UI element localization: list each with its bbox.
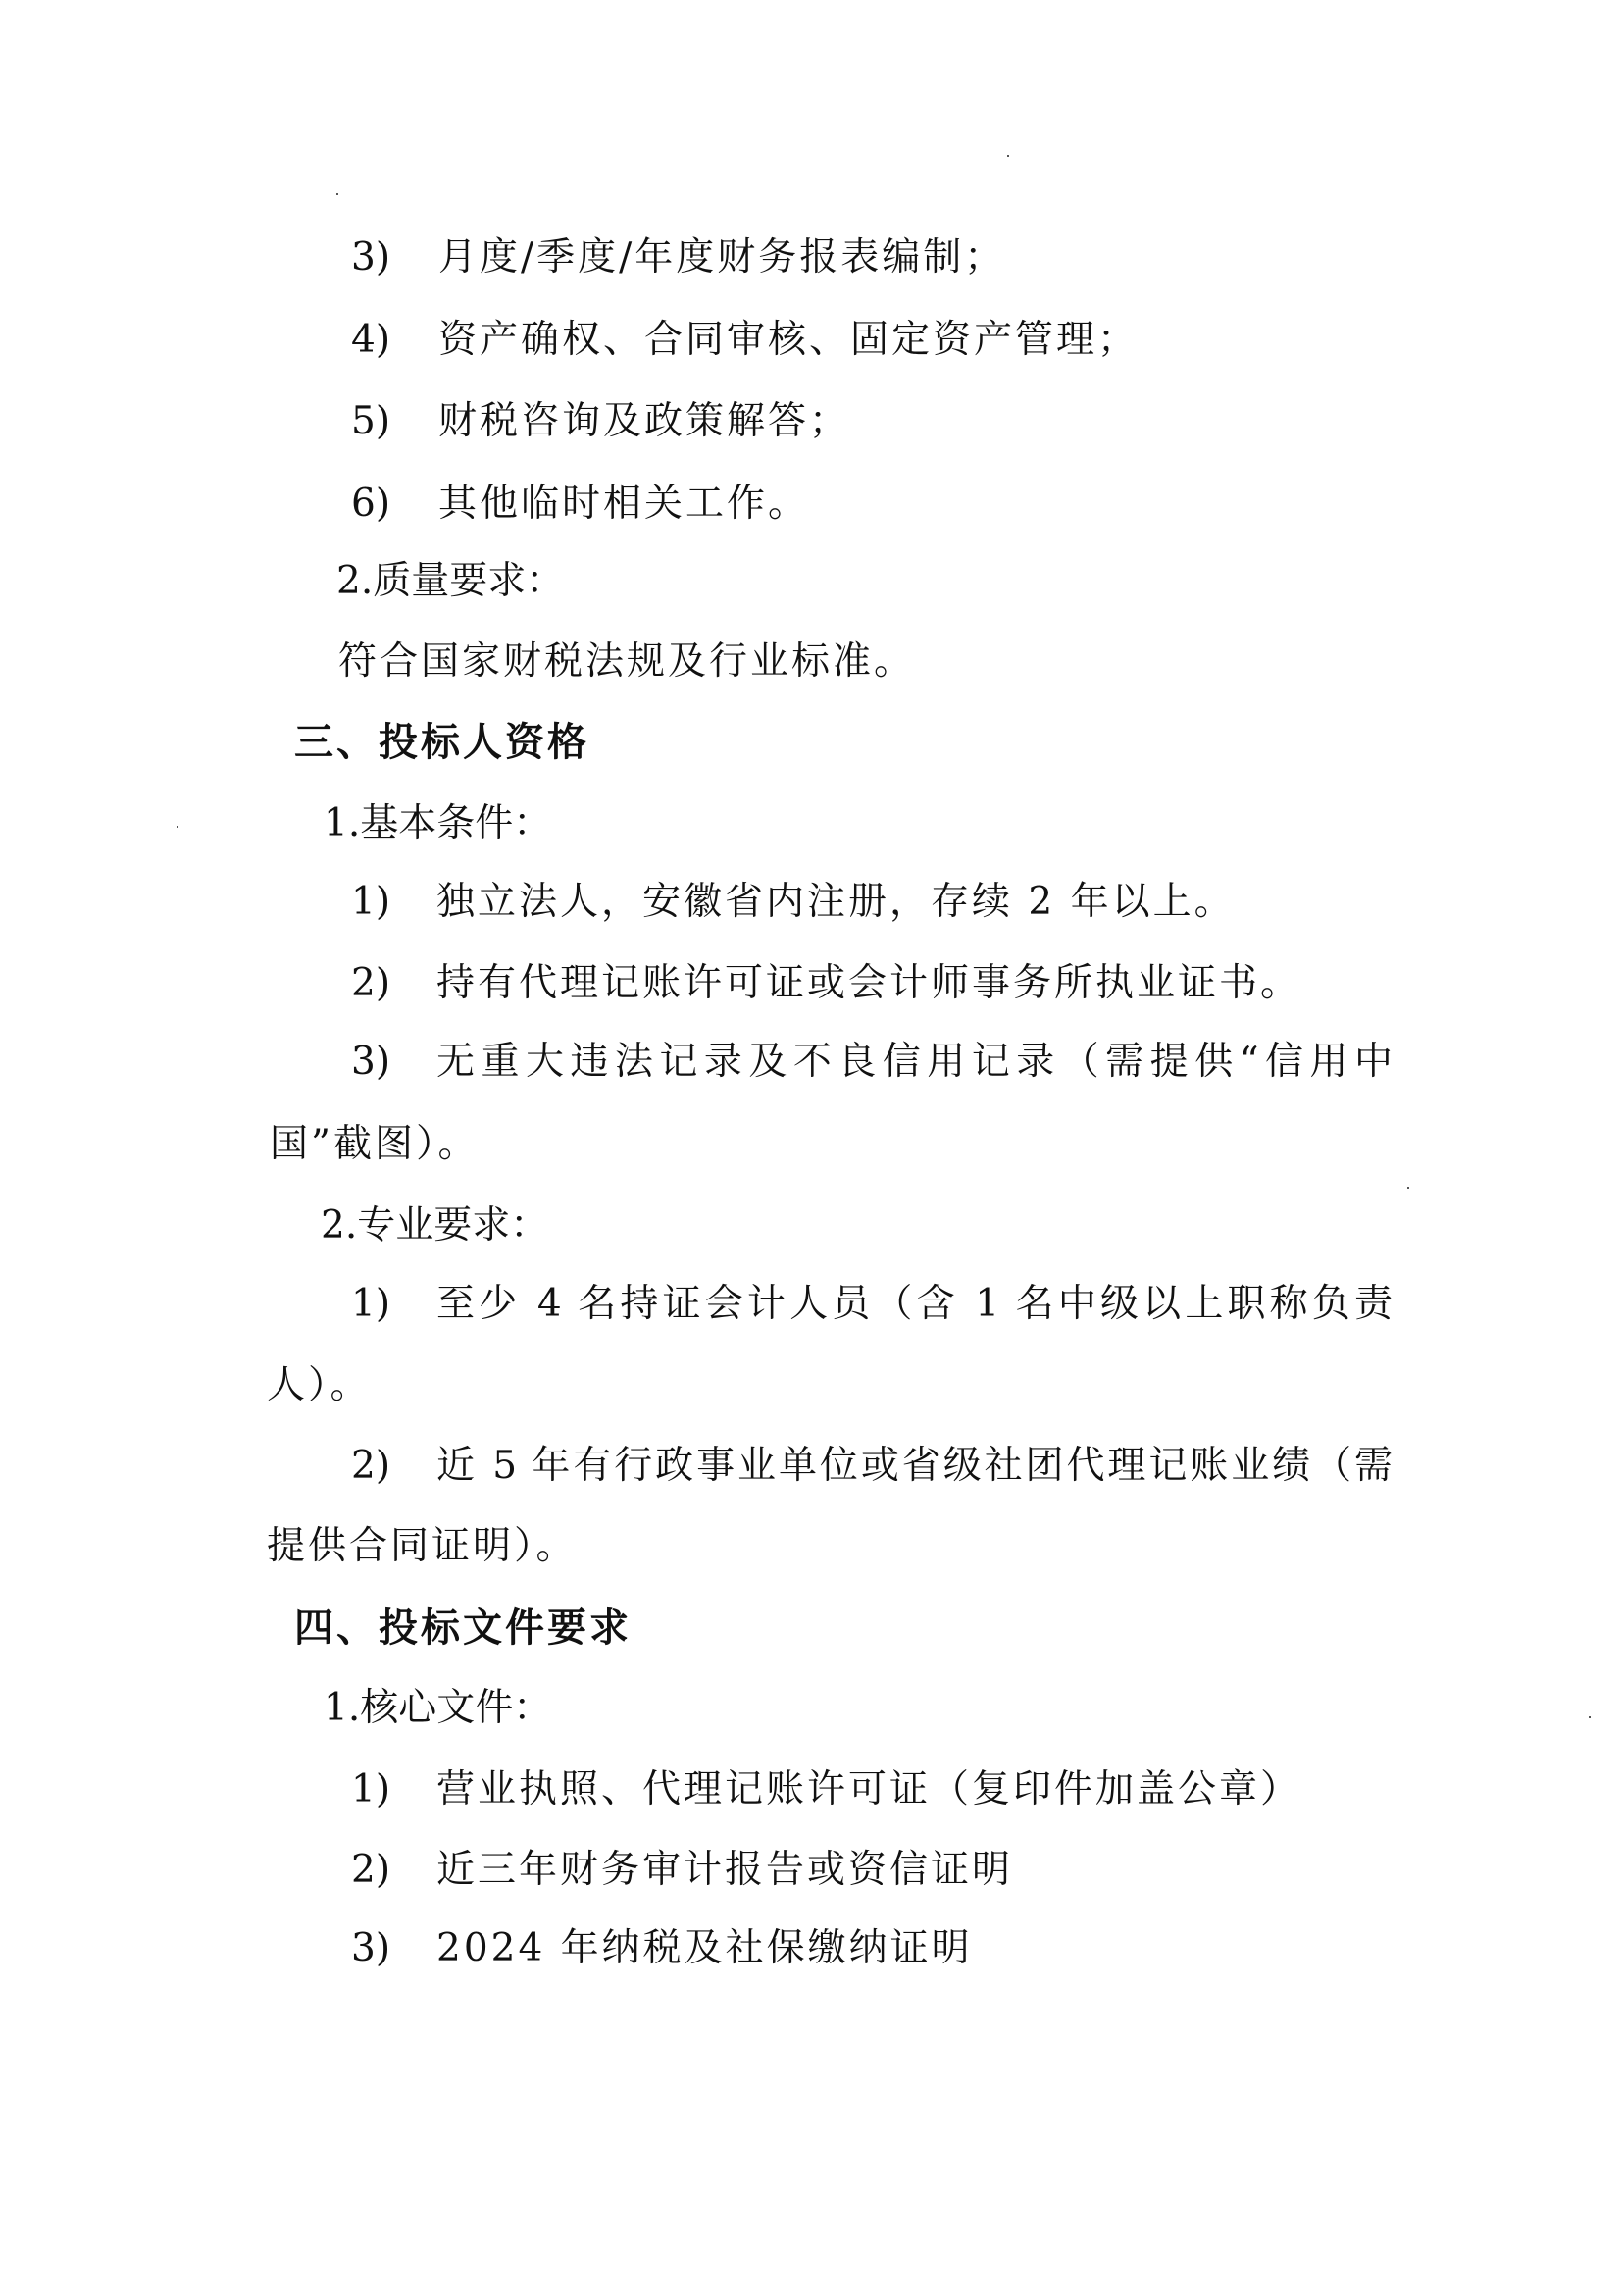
list-item: 6) 其他临时相关工作。 <box>351 480 1400 529</box>
list-item: 3) 无重大违法记录及不良信用记录（需提供“信用中 <box>351 1038 1395 1087</box>
item-number: 5) <box>351 397 390 446</box>
item-number: 1) <box>351 1280 390 1329</box>
section-heading: 三、投标人资格 <box>294 718 589 767</box>
item-text: 财税咨询及政策解答； <box>438 397 850 446</box>
paragraph: 符合国家财税法规及行业标准。 <box>338 637 915 687</box>
list-item: 5) 财税咨询及政策解答； <box>351 397 1400 446</box>
list-item: 1) 营业执照、代理记账许可证（复印件加盖公章） <box>351 1765 1400 1814</box>
item-text: 月度/季度/年度财务报表编制； <box>438 233 1005 282</box>
subsection-label: 1.基本条件： <box>324 799 551 848</box>
item-number: 2) <box>351 1846 390 1895</box>
list-item: 1) 至少 4 名持证会计人员（含 1 名中级以上职称负责 <box>351 1280 1395 1329</box>
list-item: 4) 资产确权、合同审核、固定资产管理； <box>351 316 1400 365</box>
section-heading: 四、投标文件要求 <box>294 1604 632 1653</box>
item-text: 2024 年纳税及社保缴纳证明 <box>436 1924 973 1973</box>
document-page: 3) 月度/季度/年度财务报表编制； 4) 资产确权、合同审核、固定资产管理； … <box>0 0 1624 2293</box>
item-number: 1) <box>351 1765 390 1814</box>
item-text: 独立法人，安徽省内注册，存续 2 年以上。 <box>436 878 1236 927</box>
item-number: 2) <box>351 1442 390 1491</box>
scan-speck <box>336 193 338 195</box>
item-number: 6) <box>351 480 390 529</box>
list-item: 2) 持有代理记账许可证或会计师事务所执业证书。 <box>351 959 1400 1008</box>
list-item: 2) 近 5 年有行政事业单位或省级社团代理记账业绩（需 <box>351 1442 1395 1491</box>
list-item: 3) 月度/季度/年度财务报表编制； <box>351 233 1400 282</box>
item-text: 营业执照、代理记账许可证（复印件加盖公章） <box>436 1765 1301 1814</box>
scan-speck <box>1407 1187 1409 1189</box>
item-text: 近 5 年有行政事业单位或省级社团代理记账业绩（需 <box>436 1442 1393 1491</box>
item-text: 无重大违法记录及不良信用记录（需提供“信用中 <box>436 1038 1393 1087</box>
item-number: 1) <box>351 878 390 927</box>
item-number: 3) <box>351 1038 390 1087</box>
item-number: 4) <box>351 316 390 365</box>
subsection-label: 1.核心文件： <box>324 1684 551 1733</box>
scan-speck <box>177 826 178 828</box>
item-number: 3) <box>351 1924 390 1973</box>
item-text-continuation: 提供合同证明）。 <box>267 1522 578 1571</box>
item-text: 持有代理记账许可证或会计师事务所执业证书。 <box>436 959 1301 1008</box>
item-text-continuation: 人）。 <box>267 1361 372 1410</box>
list-item: 2) 近三年财务审计报告或资信证明 <box>351 1846 1400 1895</box>
subsection-label: 2.质量要求： <box>336 557 564 606</box>
item-number: 3) <box>351 233 390 282</box>
item-text: 近三年财务审计报告或资信证明 <box>436 1846 1013 1895</box>
list-item: 3) 2024 年纳税及社保缴纳证明 <box>351 1924 1400 1973</box>
item-text: 其他临时相关工作。 <box>438 480 809 529</box>
list-item: 1) 独立法人，安徽省内注册，存续 2 年以上。 <box>351 878 1400 927</box>
item-text: 至少 4 名持证会计人员（含 1 名中级以上职称负责 <box>436 1280 1393 1329</box>
subsection-label: 2.专业要求： <box>321 1201 548 1250</box>
item-text: 资产确权、合同审核、固定资产管理； <box>438 316 1139 365</box>
item-text-continuation: 国”截图）。 <box>270 1120 479 1169</box>
scan-speck <box>1007 155 1009 157</box>
scan-speck <box>1589 1716 1591 1718</box>
item-number: 2) <box>351 959 390 1008</box>
